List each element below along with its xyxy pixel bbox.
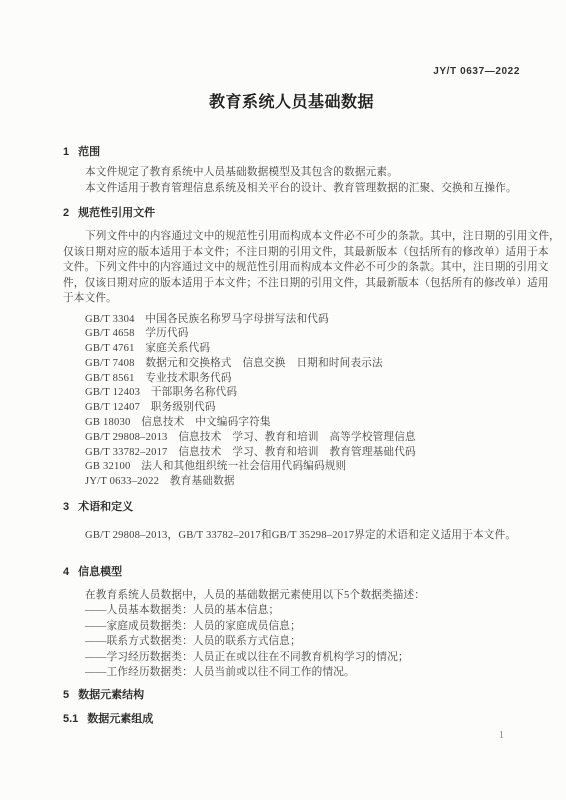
reference-item: GB/T 4658 学历代码 — [63, 327, 520, 342]
data-class-list: ——人员基本数据类：人员的基本信息； ——家庭成员数据类：人员的家庭成员信息； … — [63, 603, 520, 681]
section-number: 5 — [63, 689, 69, 701]
information-model-intro: 在教育系统人员数据中，人员的基础数据元素使用以下5个数据类描述： — [63, 588, 520, 604]
subsection-data-element-composition-heading: 5.1 数据元素组成 — [63, 713, 520, 725]
section-title: 数据元素结构 — [78, 689, 144, 701]
section-data-element-structure-heading: 5 数据元素结构 — [63, 689, 520, 701]
section-title: 术语和定义 — [78, 501, 133, 513]
paragraph-line: 文件。下列文件中的内容通过文中的规范性引用而构成本文件必不可少的条款。其中，注日… — [63, 260, 520, 276]
section-number: 5.1 — [63, 713, 78, 725]
paragraph-line: 本文件适用于教育管理信息系统及相关平台的设计、教育管理数据的汇聚、交换和互操作。 — [63, 181, 520, 197]
data-class-item: ——学习经历数据类：人员正在或以往在不同教育机构学习的情况； — [63, 650, 520, 666]
scope-paragraphs: 本文件规定了教育系统中人员基础数据模型及其包含的数据元素。 本文件适用于教育管理… — [63, 165, 520, 196]
section-information-model-heading: 4 信息模型 — [63, 566, 520, 578]
section-number: 1 — [63, 146, 69, 158]
data-class-item: ——工作经历数据类：人员当前或以往不同工作的情况。 — [63, 665, 520, 681]
section-title: 信息模型 — [78, 566, 122, 578]
section-title: 规范性引用文件 — [78, 207, 155, 219]
section-terms-heading: 3 术语和定义 — [63, 501, 520, 513]
data-class-item: ——联系方式数据类：人员的联系方式信息； — [63, 634, 520, 650]
section-title: 范围 — [78, 146, 100, 158]
paragraph-line: 于本文件。 — [63, 291, 520, 307]
document-page: JY/T 0637—2022 教育系统人员基础数据 1 范围 本文件规定了教育系… — [0, 0, 566, 800]
page-number: 1 — [499, 730, 504, 742]
section-number: 4 — [63, 566, 69, 578]
reference-item: GB/T 33782–2017 信息技术 学习、教育和培训 教育管理基础代码 — [63, 446, 520, 461]
standard-number: JY/T 0637—2022 — [63, 66, 520, 78]
section-number: 2 — [63, 207, 69, 219]
reference-item: GB/T 12407 职务级别代码 — [63, 401, 520, 416]
paragraph-line: 本文件规定了教育系统中人员基础数据模型及其包含的数据元素。 — [63, 165, 520, 181]
reference-item: GB/T 12403 干部职务名称代码 — [63, 386, 520, 401]
reference-item: GB/T 7408 数据元和交换格式 信息交换 日期和时间表示法 — [63, 357, 520, 372]
reference-item: GB/T 29808–2013 信息技术 学习、教育和培训 高等学校管理信息 — [63, 431, 520, 446]
reference-item: GB/T 4761 家庭关系代码 — [63, 342, 520, 357]
paragraph-line: 件，仅该日期对应的版本适用于本文件；不注日期的引用文件，其最新版本（包括所有的修… — [63, 276, 520, 292]
section-title: 数据元素组成 — [87, 713, 153, 725]
section-number: 3 — [63, 501, 69, 513]
reference-item: JY/T 0633–2022 教育基础数据 — [63, 475, 520, 490]
data-class-item: ——人员基本数据类：人员的基本信息； — [63, 603, 520, 619]
data-class-item: ——家庭成员数据类：人员的家庭成员信息； — [63, 619, 520, 635]
reference-item: GB 18030 信息技术 中文编码字符集 — [63, 416, 520, 431]
document-title: 教育系统人员基础数据 — [63, 93, 520, 113]
paragraph-line: 仅该日期对应的版本适用于本文件；不注日期的引用文件，其最新版本（包括所有的修改单… — [63, 245, 520, 261]
normative-references-list: GB/T 3304 中国各民族名称罗马字母拼写法和代码 GB/T 4658 学历… — [63, 313, 520, 491]
reference-item: GB/T 8561 专业技术职务代码 — [63, 372, 520, 387]
terms-paragraph: GB/T 29808–2013，GB/T 33782–2017和GB/T 352… — [63, 528, 520, 544]
paragraph-line: 下列文件中的内容通过文中的规范性引用而构成本文件必不可少的条款。其中，注日期的引… — [63, 229, 520, 245]
section-scope-heading: 1 范围 — [63, 146, 520, 158]
normative-references-paragraph: 下列文件中的内容通过文中的规范性引用而构成本文件必不可少的条款。其中，注日期的引… — [63, 229, 520, 307]
reference-item: GB/T 3304 中国各民族名称罗马字母拼写法和代码 — [63, 313, 520, 328]
section-normative-references-heading: 2 规范性引用文件 — [63, 207, 520, 219]
reference-item: GB 32100 法人和其他组织统一社会信用代码编码规则 — [63, 460, 520, 475]
